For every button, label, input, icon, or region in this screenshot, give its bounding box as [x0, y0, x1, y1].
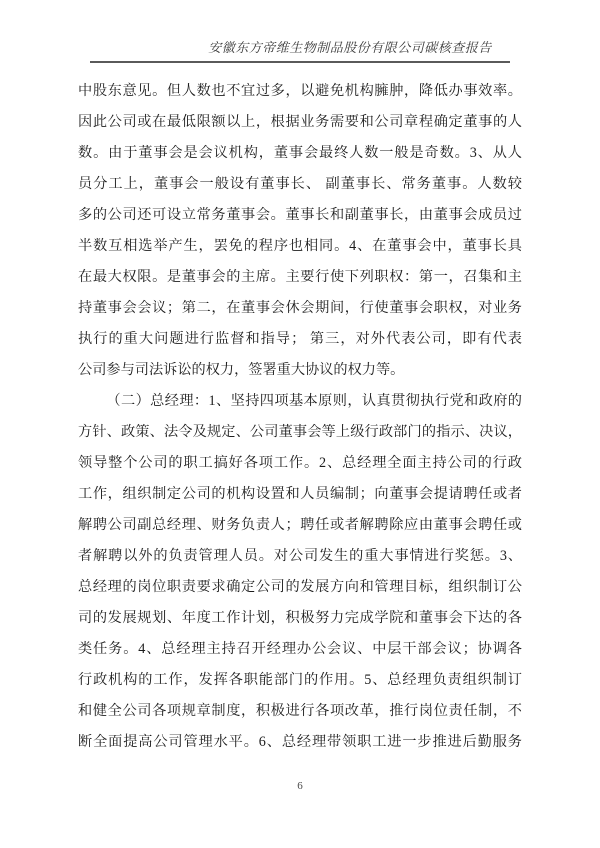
page-number: 6 — [0, 780, 600, 792]
text-line: 行政机构的工作，发挥各职能部门的作用。5、总经理负责组织制订 — [78, 665, 522, 696]
text-line: 在最大权限。是董事会的主席。主要行使下列职权：第一，召集和主 — [78, 262, 522, 293]
text-line: 多的公司还可设立常务董事会。董事长和副董事长，由董事会成员过 — [78, 200, 522, 231]
text-line: 类任务。4、总经理主持召开经理办公会议、中层干部会议；协调各 — [78, 634, 522, 665]
text-line: 数。由于董事会是会议机构，董事会最终人数一般是奇数。3、从人 — [78, 138, 522, 169]
text-line: 公司参与司法诉讼的权力，签署重大协议的权力等。 — [78, 355, 522, 386]
text-line: 者解聘以外的负责管理人员。对公司发生的重大事情进行奖惩。3、 — [78, 541, 522, 572]
text-line: 方针、政策、法令及规定、公司董事会等上级行政部门的指示、决议， — [78, 417, 522, 448]
text-line: 断全面提高公司管理水平。6、总经理带领职工进一步推进后勤服务 — [78, 727, 522, 758]
text-line: 持董事会会议；第二，在董事会休会期间，行使董事会职权，对业务 — [78, 293, 522, 324]
text-line: 总经理的岗位职责要求确定公司的发展方向和管理目标，组织制订公 — [78, 572, 522, 603]
text-line: 工作，组织制定公司的机构设置和人员编制；向董事会提请聘任或者 — [78, 479, 522, 510]
text-line: （二）总经理：1、坚持四项基本原则，认真贯彻执行党和政府的 — [78, 386, 522, 417]
page-header-title: 安徽东方帝维生物制品股份有限公司碳核查报告 — [0, 40, 600, 56]
text-line: 半数互相选举产生，罢免的程序也相同。4、在董事会中，董事长具 — [78, 231, 522, 262]
text-line: 执行的重大问题进行监督和指导； 第三，对外代表公司，即有代表 — [78, 324, 522, 355]
text-line: 领导整个公司的职工搞好各项工作。2、总经理全面主持公司的行政 — [78, 448, 522, 479]
text-line: 司的发展规划、年度工作计划，积极努力完成学院和董事会下达的各 — [78, 603, 522, 634]
text-line: 因此公司或在最低限额以上，根据业务需要和公司章程确定董事的人 — [78, 107, 522, 138]
document-page: 安徽东方帝维生物制品股份有限公司碳核查报告 中股东意见。但人数也不宜过多，以避免… — [0, 0, 600, 848]
document-body: 中股东意见。但人数也不宜过多，以避免机构臃肿，降低办事效率。 因此公司或在最低限… — [78, 76, 522, 758]
text-line: 员分工上，董事会一般设有董事长、 副董事长、常务董事。人数较 — [78, 169, 522, 200]
text-line: 和健全公司各项规章制度，积极进行各项改革，推行岗位责任制，不 — [78, 696, 522, 727]
text-line: 中股东意见。但人数也不宜过多，以避免机构臃肿，降低办事效率。 — [78, 76, 522, 107]
header-rule — [90, 61, 510, 63]
text-line: 解聘公司副总经理、财务负责人；聘任或者解聘除应由董事会聘任或 — [78, 510, 522, 541]
